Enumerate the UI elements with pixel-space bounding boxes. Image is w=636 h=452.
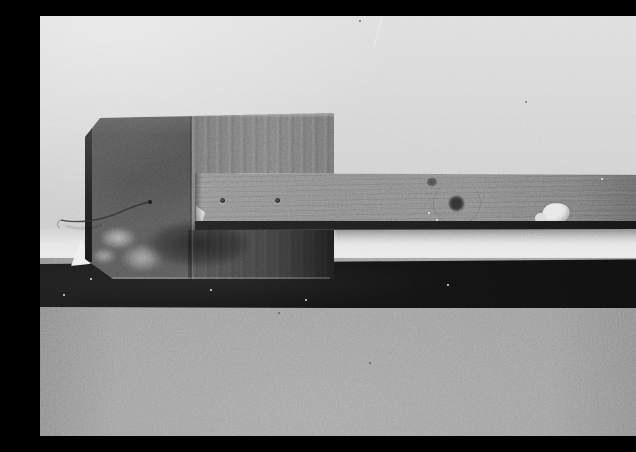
nail-head [220, 198, 225, 203]
wooden-plank [195, 172, 636, 230]
nail-head [275, 198, 280, 203]
wood-knot-small [425, 176, 439, 188]
dust-speck [63, 294, 65, 296]
dust-speck [369, 362, 371, 364]
dust-speck [359, 20, 361, 22]
dust-speck [90, 278, 92, 280]
wood-knot-large [446, 193, 467, 214]
sign-panel-left-edge [84, 128, 92, 262]
dust-speck [447, 284, 449, 286]
photograph [40, 16, 636, 436]
dust-speck [210, 289, 212, 291]
dust-speck [525, 101, 527, 103]
paint-fleck [601, 178, 603, 180]
sign-panel-seam [190, 112, 193, 280]
plank-bottom-edge [195, 221, 636, 230]
sign-panel-bottom-highlight [110, 277, 330, 279]
paint-fleck [428, 212, 430, 214]
dust-speck [305, 299, 307, 301]
dust-speck [278, 312, 280, 314]
dust-speck [111, 22, 113, 24]
